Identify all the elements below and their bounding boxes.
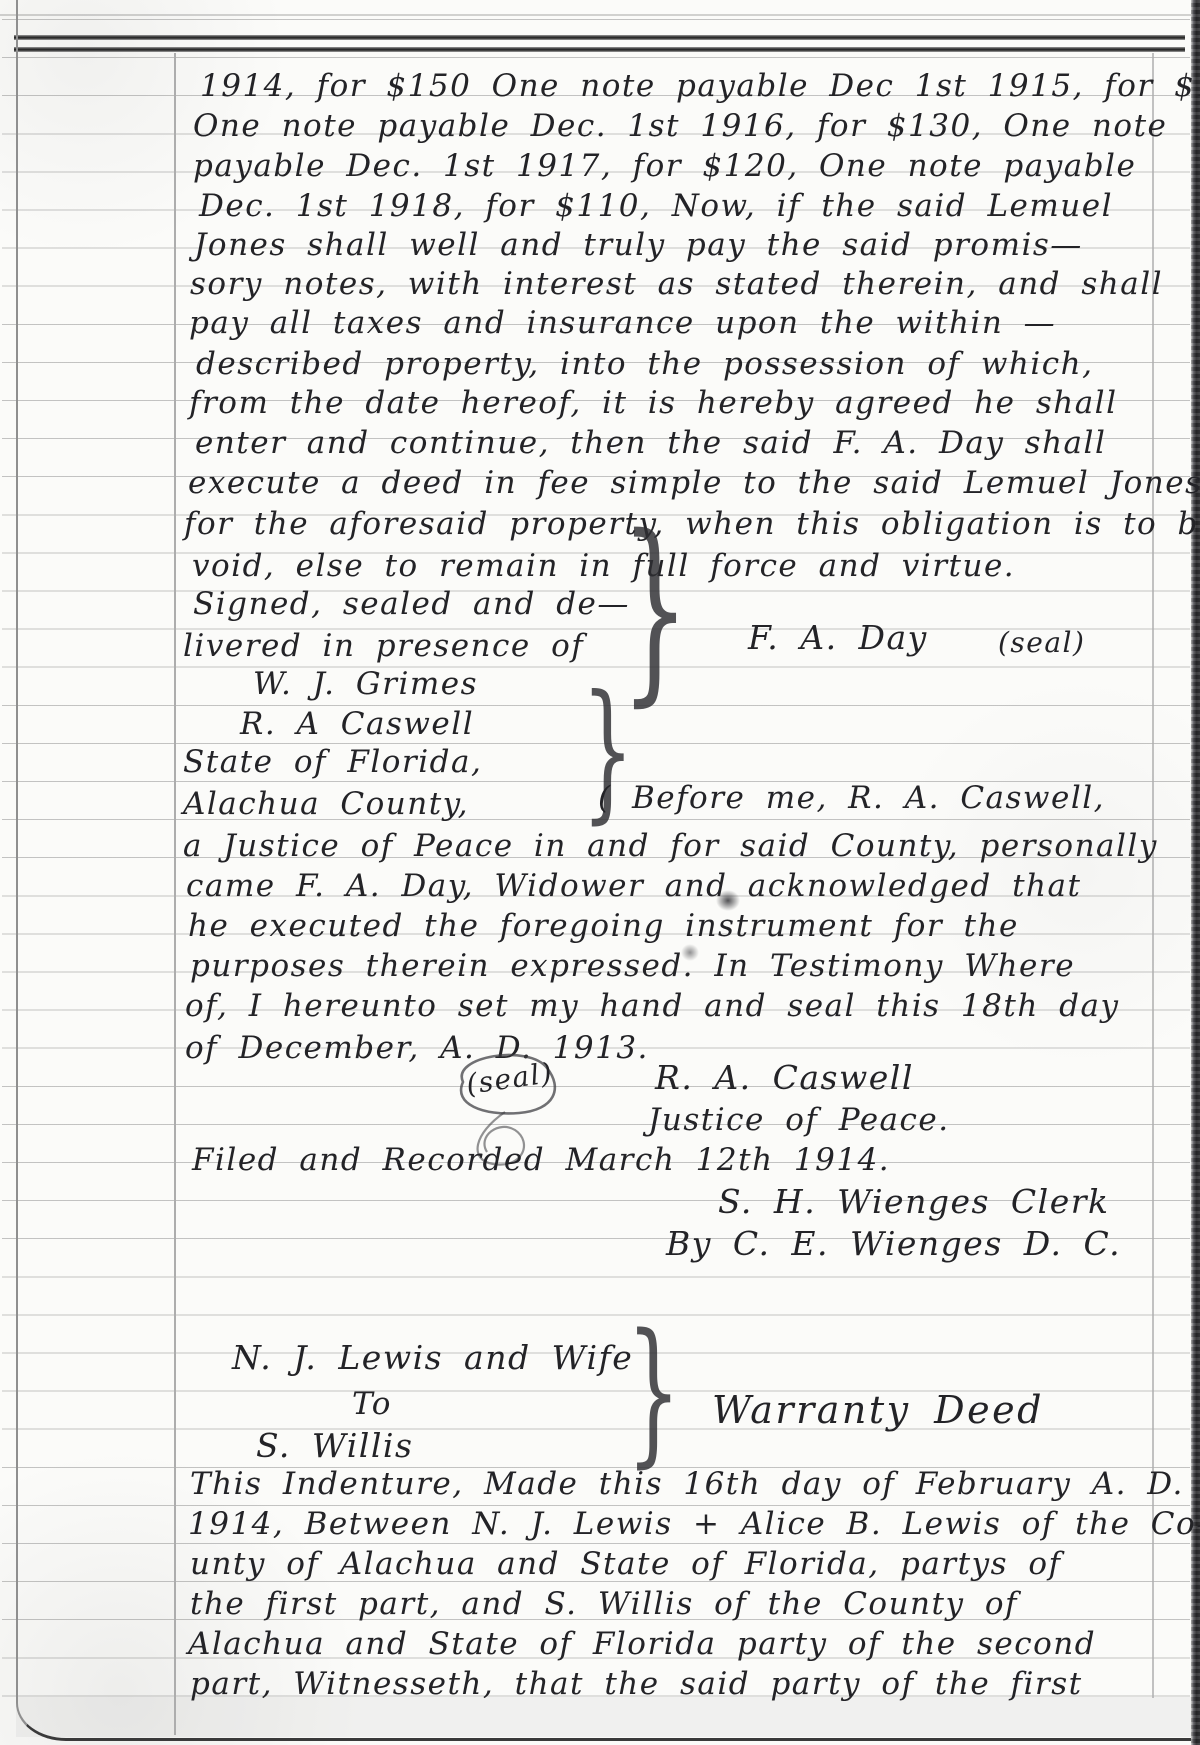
handwritten-line: from the date hereof, it is hereby agree…: [189, 385, 1118, 421]
deed-grantor-name: N. J. Lewis and Wife: [232, 1338, 633, 1377]
bottom-page-shade: [16, 1697, 1193, 1737]
deed-grantee-name: S. Willis: [256, 1426, 413, 1465]
heavy-top-rule-upper: [14, 35, 1185, 40]
ack-body-line: purposes therein expressed. In Testimony…: [190, 948, 1075, 984]
ack-body-line: ( Before me, R. A. Caswell,: [598, 780, 1105, 816]
left-margin-line: [174, 53, 176, 1735]
handwritten-line: Alachua and State of Florida party of th…: [188, 1626, 1096, 1662]
handwritten-line: Dec. 1st 1918, for $110, Now, if the sai…: [199, 188, 1113, 224]
handwritten-line: 1914, for $150 One note payable Dec 1st …: [200, 68, 1200, 104]
clerk-signature: S. H. Wienges Clerk: [718, 1182, 1110, 1221]
witness-signature: W. J. Grimes: [253, 666, 478, 702]
deed-to-label: To: [352, 1386, 392, 1422]
ack-body-line: of, I hereunto set my hand and seal this…: [185, 988, 1119, 1024]
heavy-top-rule-lower: [14, 47, 1185, 52]
handwritten-line: sory notes, with interest as stated ther…: [190, 266, 1163, 302]
handwritten-line: Jones shall well and truly pay the said …: [194, 227, 1083, 263]
attestation-line: Signed, sealed and de—: [193, 586, 630, 622]
attestation-line: livered in presence of: [183, 628, 584, 664]
handwritten-line: payable Dec. 1st 1917, for $120, One not…: [193, 148, 1136, 184]
handwritten-line: enter and continue, then the said F. A. …: [195, 425, 1106, 461]
witness-signature: R. A Caswell: [240, 706, 474, 742]
handwritten-line: 1914, Between N. J. Lewis + Alice B. Lew…: [188, 1506, 1200, 1542]
grantor-signature: F. A. Day: [748, 618, 928, 657]
handwritten-line: unty of Alachua and State of Florida, pa…: [190, 1546, 1062, 1582]
ack-state-line: State of Florida,: [183, 744, 482, 780]
handwritten-line: pay all taxes and insurance upon the wit…: [189, 305, 1056, 341]
brace-icon: }: [620, 516, 689, 702]
ack-county-line: Alachua County,: [183, 786, 469, 822]
filed-recorded-line: Filed and Recorded March 12th 1914.: [192, 1142, 890, 1178]
handwritten-line: for the aforesaid property, when this ob…: [184, 506, 1200, 542]
notary-signature: R. A. Caswell: [655, 1058, 914, 1097]
handwritten-line: part, Witnesseth, that the said party of…: [190, 1666, 1083, 1702]
grantor-seal-label: (seal): [998, 626, 1085, 659]
ack-body-line: a Justice of Peace in and for said Count…: [183, 828, 1158, 864]
ack-body-line: came F. A. Day, Widower and acknowledged…: [186, 868, 1081, 904]
ack-body-line: he executed the foregoing instrument for…: [188, 908, 1019, 944]
handwritten-line: This Indenture, Made this 16th day of Fe…: [190, 1466, 1184, 1502]
top-faint-rule: [0, 14, 1200, 16]
deed-type-title: Warranty Deed: [712, 1388, 1044, 1432]
handwritten-line: void, else to remain in full force and v…: [192, 548, 1015, 584]
handwritten-line: execute a deed in fee simple to the said…: [188, 465, 1200, 501]
deed-book-page: 1914, for $150 One note payable Dec 1st …: [0, 0, 1200, 1745]
binding-edge: [1191, 0, 1200, 1745]
deputy-clerk-signature: By C. E. Wienges D. C.: [666, 1224, 1121, 1263]
handwritten-line: One note payable Dec. 1st 1916, for $130…: [193, 108, 1167, 144]
brace-icon: }: [626, 1318, 681, 1465]
handwritten-line: described property, into the possession …: [196, 346, 1093, 382]
notary-title: Justice of Peace.: [648, 1102, 950, 1138]
handwritten-line: the first part, and S. Willis of the Cou…: [190, 1586, 1018, 1622]
